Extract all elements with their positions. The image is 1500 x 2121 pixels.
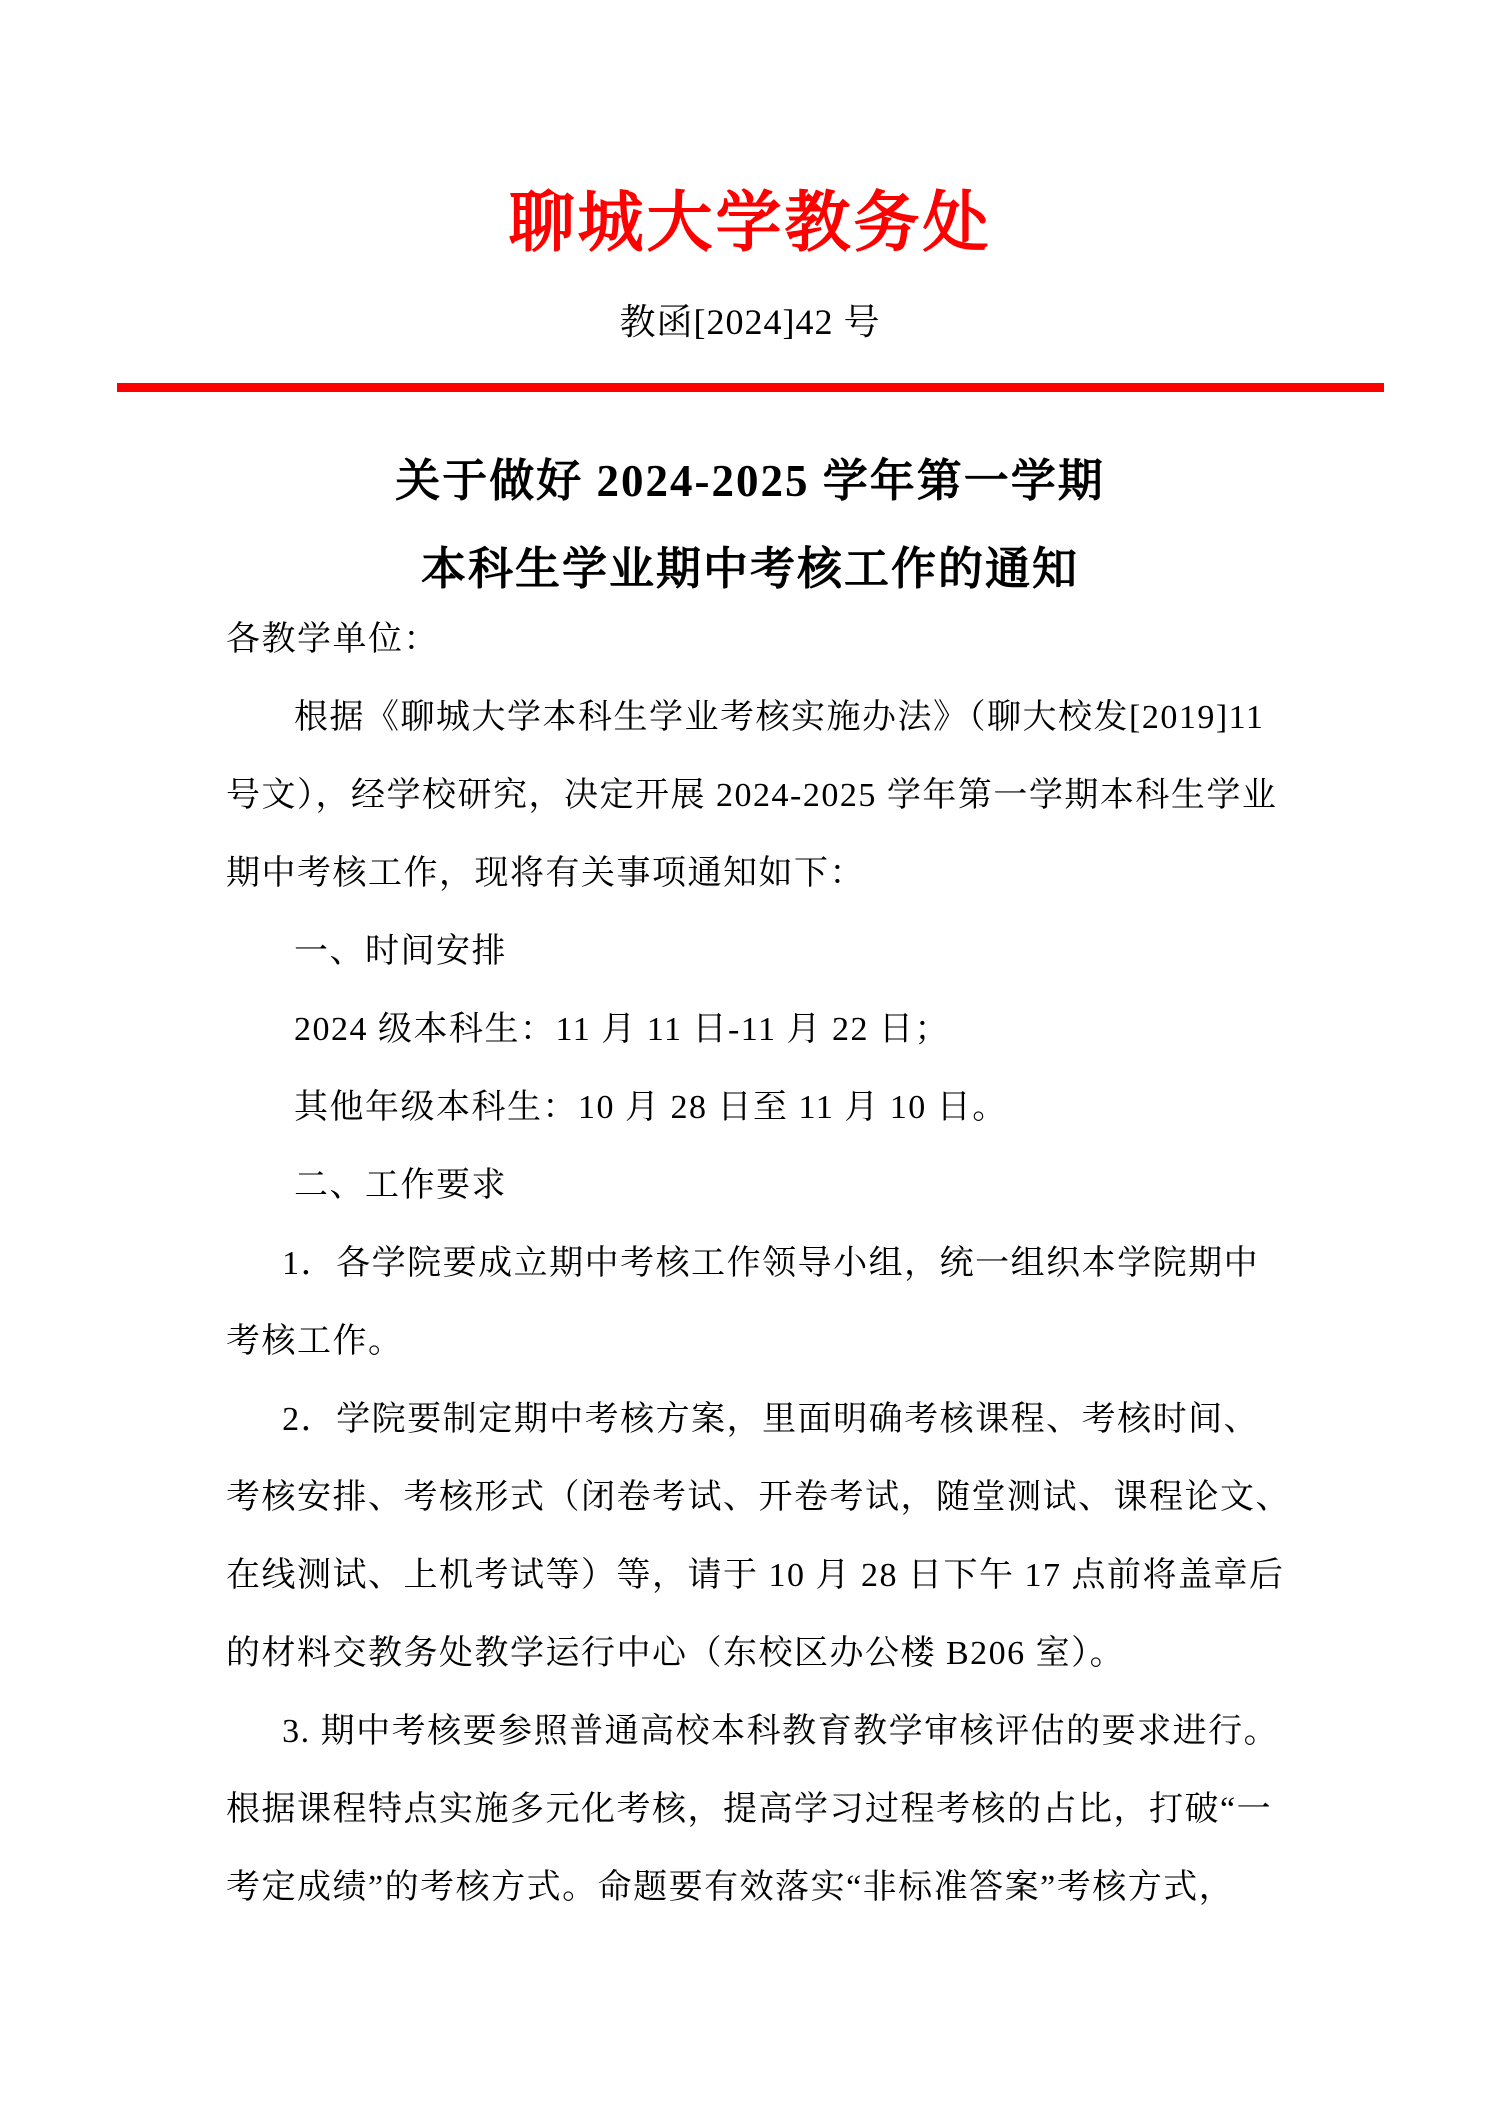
body-line: 2．学院要制定期中考核方案，里面明确考核课程、考核时间、	[226, 1381, 1300, 1459]
body-line: 的材料交教务处教学运行中心（东校区办公楼 B206 室）。	[226, 1615, 1300, 1693]
body-line: 考核工作。	[226, 1303, 1300, 1381]
doc-number: 教函[2024]42 号	[0, 301, 1500, 343]
body-line: 各教学单位：	[226, 601, 1300, 679]
body-line: 其他年级本科生：10 月 28 日至 11 月 10 日。	[226, 1069, 1300, 1147]
body-line: 3. 期中考核要参照普通高校本科教育教学审核评估的要求进行。	[226, 1693, 1300, 1771]
body-line: 号文），经学校研究，决定开展 2024-2025 学年第一学期本科生学业	[226, 757, 1300, 835]
body-line: 根据课程特点实施多元化考核，提高学习过程考核的占比，打破“一	[226, 1771, 1300, 1849]
body-line: 二、工作要求	[226, 1147, 1300, 1225]
body-line: 根据《聊城大学本科生学业考核实施办法》（聊大校发[2019]11	[226, 679, 1300, 757]
body-line: 一、时间安排	[226, 913, 1300, 991]
notice-title-line2: 本科生学业期中考核工作的通知	[0, 525, 1500, 613]
document-page: 聊城大学教务处 教函[2024]42 号 关于做好 2024-2025 学年第一…	[0, 0, 1500, 2121]
body-line: 考核安排、考核形式（闭卷考试、开卷考试，随堂测试、课程论文、	[226, 1459, 1300, 1537]
body-line: 2024 级本科生：11 月 11 日-11 月 22 日；	[226, 991, 1300, 1069]
body-line: 考定成绩”的考核方式。命题要有效落实“非标准答案”考核方式，	[226, 1849, 1300, 1927]
body-text: 各教学单位：根据《聊城大学本科生学业考核实施办法》（聊大校发[2019]11号文…	[226, 601, 1300, 1927]
body-line: 1．各学院要成立期中考核工作领导小组，统一组织本学院期中	[226, 1225, 1300, 1303]
notice-title: 关于做好 2024-2025 学年第一学期 本科生学业期中考核工作的通知	[0, 437, 1500, 613]
red-divider-line	[117, 383, 1384, 392]
body-line: 在线测试、上机考试等）等，请于 10 月 28 日下午 17 点前将盖章后	[226, 1537, 1300, 1615]
header-title: 聊城大学教务处	[0, 188, 1500, 260]
body-line: 期中考核工作，现将有关事项通知如下：	[226, 835, 1300, 913]
notice-title-line1: 关于做好 2024-2025 学年第一学期	[0, 437, 1500, 525]
